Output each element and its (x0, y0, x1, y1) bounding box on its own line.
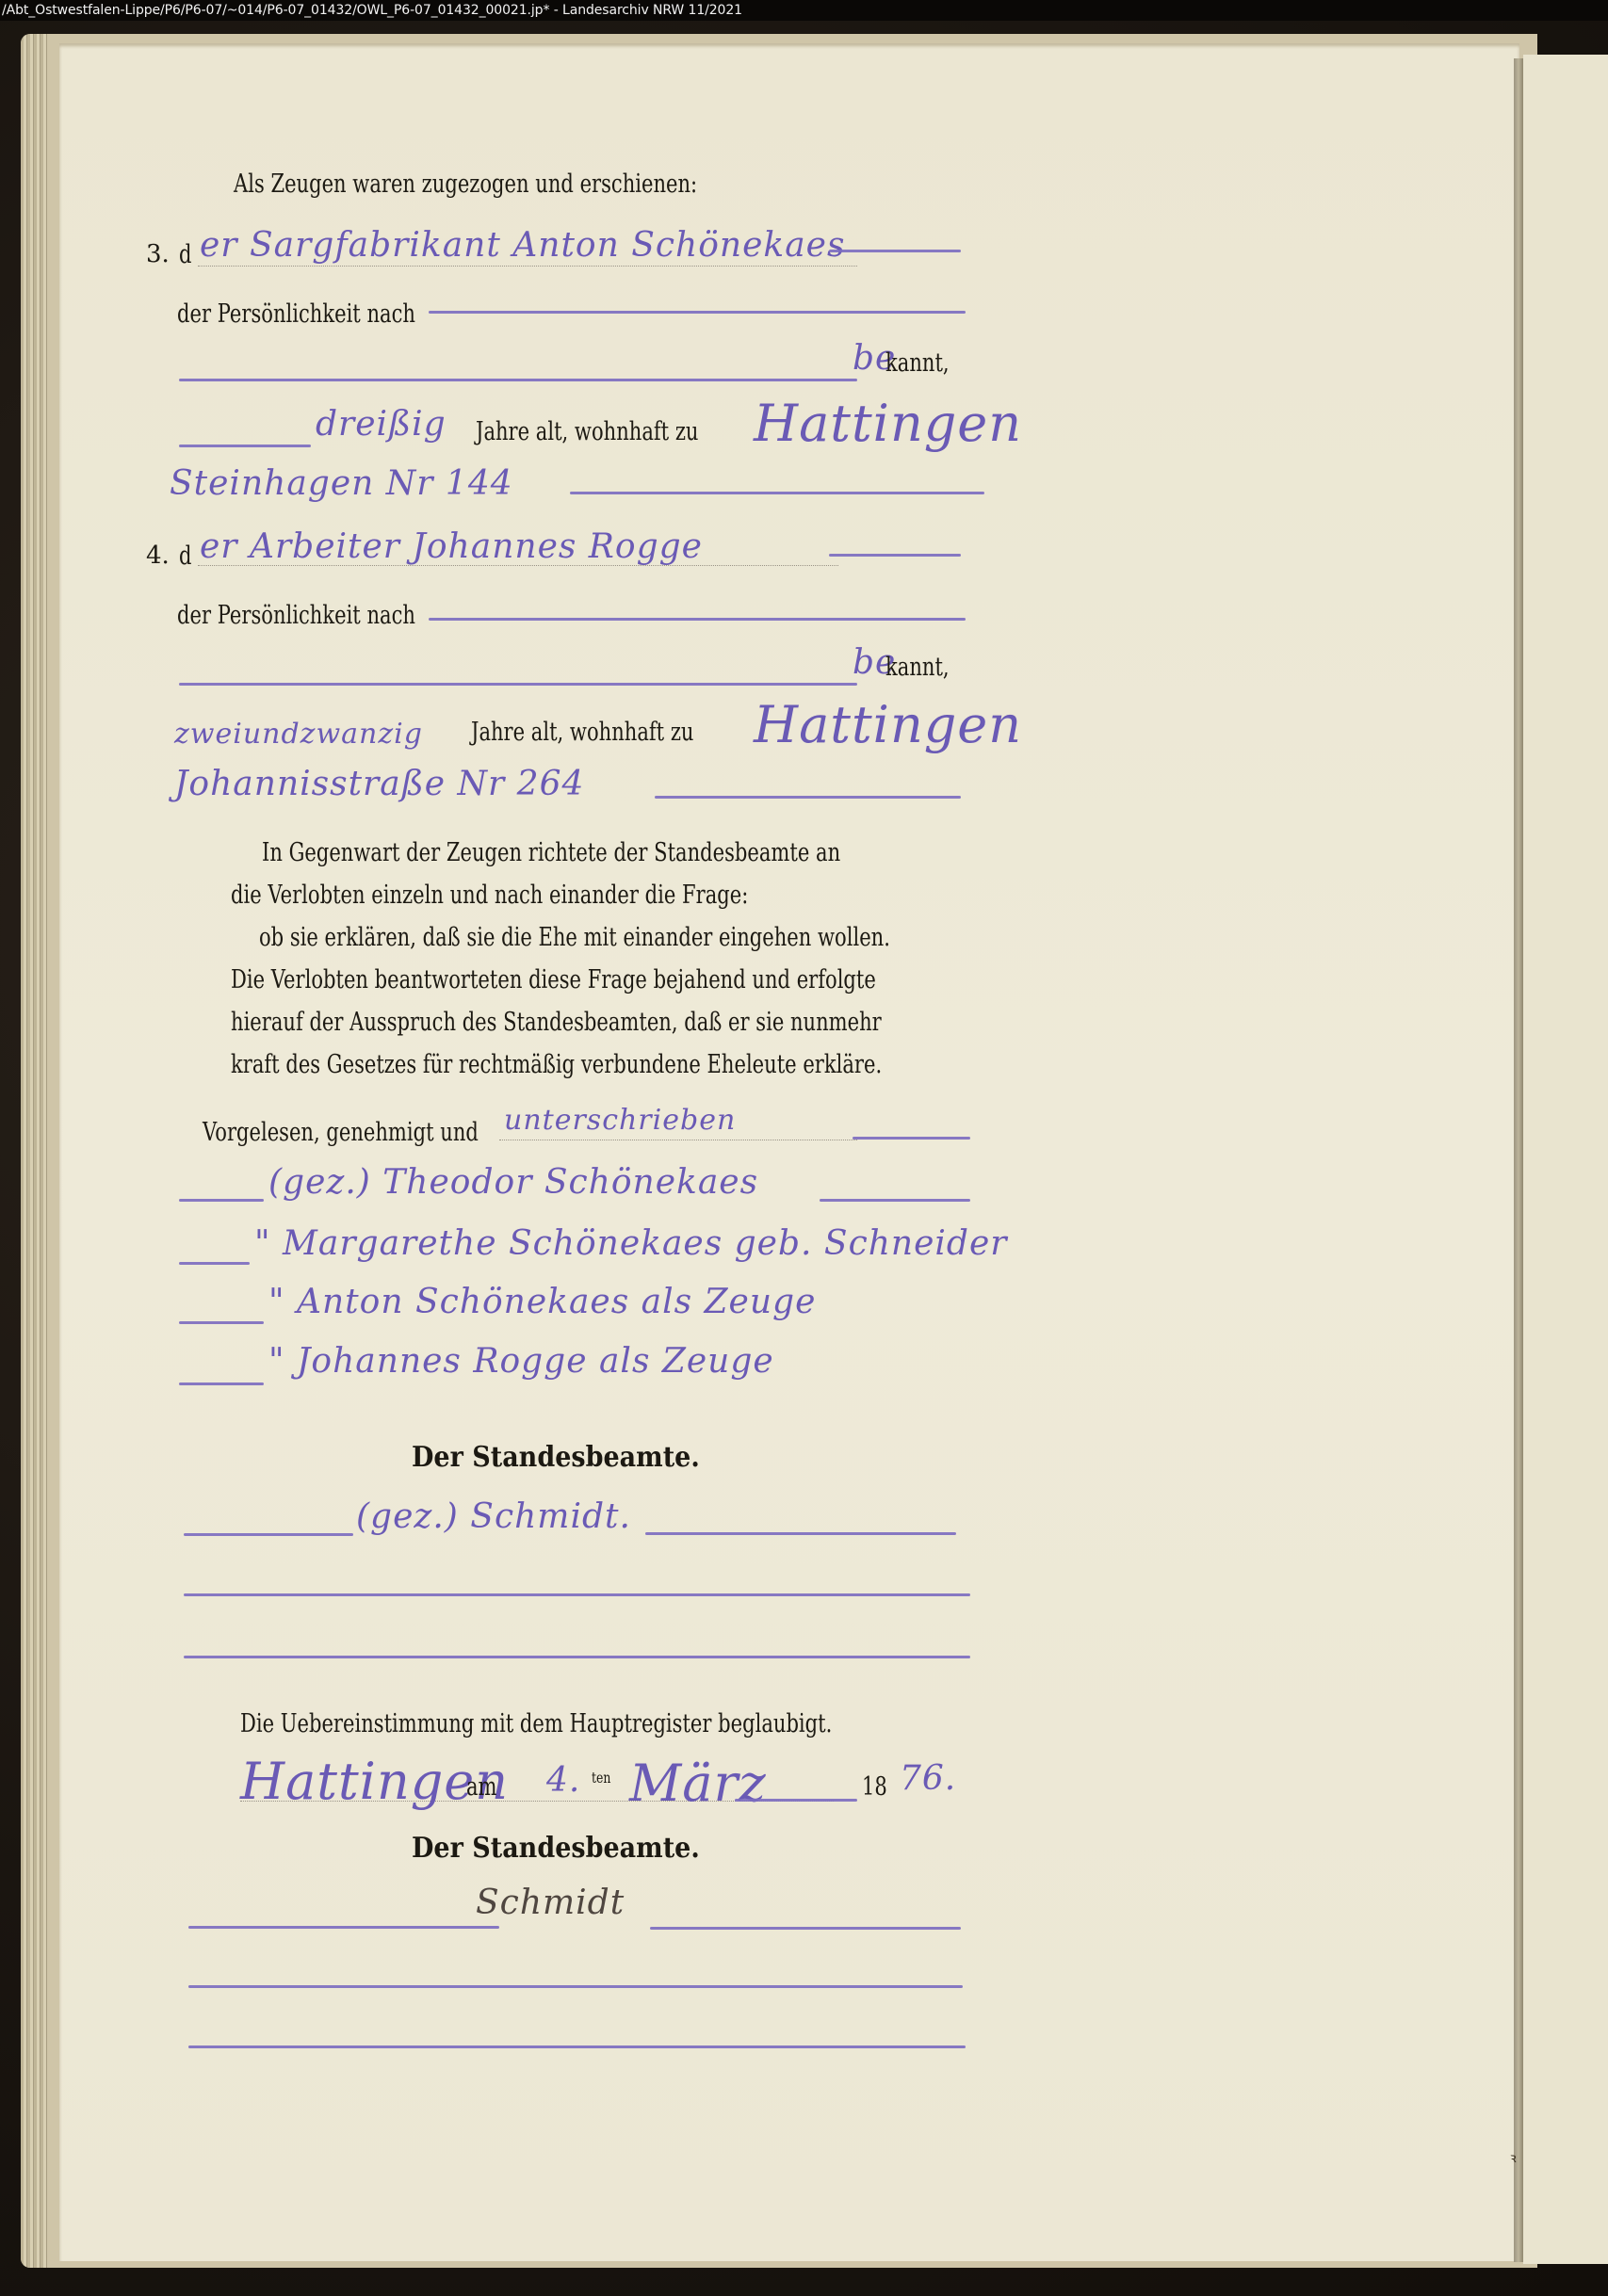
fill-line (179, 379, 857, 381)
witness-3-known-printed: kannt, (885, 348, 950, 378)
witness-4-residence: Hattingen (754, 695, 1022, 754)
signature-1: (gez.) Theodor Schönekaes (268, 1163, 758, 1202)
signature-4: " Johannes Rogge als Zeuge (268, 1342, 774, 1381)
fill-line (820, 1199, 970, 1202)
certification-month: März (629, 1754, 767, 1813)
fill-line (829, 250, 961, 252)
witnesses-heading: Als Zeugen waren zugezogen und erschiene… (234, 170, 697, 199)
witness-3-age-label: Jahre alt, wohnhaft zu (476, 417, 698, 446)
fill-line (179, 683, 857, 686)
witness-4-age-label: Jahre alt, wohnhaft zu (471, 718, 693, 747)
ceremony-line-2: die Verlobten einzeln und nach einander … (231, 881, 748, 910)
page-edges (21, 34, 47, 2268)
fill-line (735, 1799, 857, 1802)
ceremony-line-5: hierauf der Ausspruch des Standesbeamten… (231, 1008, 882, 1037)
certification-day: 4. (546, 1761, 580, 1800)
fill-line (829, 554, 961, 557)
ceremony-line-4: Die Verlobten beantworteten diese Frage … (231, 965, 876, 994)
read-approved-hand: unterschrieben (504, 1104, 736, 1137)
registrar-signature: (gez.) Schmidt. (356, 1497, 631, 1536)
fill-line (655, 796, 961, 799)
witness-4-age: zweiundzwanzig (174, 718, 423, 751)
book-gutter (1514, 58, 1523, 2262)
gutter-mark: ꝛ (1510, 2149, 1517, 2167)
dotted-line (499, 1140, 857, 1140)
signature-3: " Anton Schönekaes als Zeuge (268, 1283, 816, 1321)
next-page-edge (1523, 55, 1608, 2264)
certification-text: Die Uebereinstimmung mit dem Hauptregist… (240, 1709, 832, 1738)
witness-4-address: Johannisstraße Nr 264 (174, 765, 584, 803)
fill-line (188, 2045, 966, 2048)
ceremony-line-3: ob sie erklären, daß sie die Ehe mit ein… (259, 923, 890, 952)
fill-line (179, 1199, 264, 1202)
window-title-bar: /Abt_Ostwestfalen-Lippe/P6/P6-07/~014/P6… (0, 0, 1608, 21)
witness-4-name: er Arbeiter Johannes Rogge (200, 527, 703, 566)
certification-registrar-title: Der Standesbeamte. (412, 1832, 700, 1865)
ceremony-line-1: In Gegenwart der Zeugen richtete der Sta… (262, 838, 840, 867)
fill-line (179, 1321, 264, 1324)
witness-3-address: Steinhagen Nr 144 (170, 464, 513, 503)
read-approved-label: Vorgelesen, genehmigt und (203, 1118, 479, 1147)
fill-line (188, 1985, 963, 1988)
witness-3-name: er Sargfabrikant Anton Schönekaes (200, 226, 845, 265)
fill-line (853, 1137, 970, 1140)
fill-line (645, 1532, 956, 1535)
fill-line (184, 1593, 970, 1596)
witness-3-prefix: d (179, 240, 191, 269)
witness-3-identity-label: der Persönlichkeit nach (177, 299, 415, 329)
certification-year-printed: 18 (862, 1772, 887, 1802)
fill-line (429, 618, 966, 621)
witness-3-number: 3. (146, 240, 170, 268)
witness-3-residence: Hattingen (754, 394, 1022, 453)
witness-4-number: 4. (146, 542, 170, 570)
witness-3-age: dreißig (316, 405, 447, 444)
witness-4-known-printed: kannt, (885, 653, 950, 682)
fill-line (650, 1927, 961, 1930)
certification-am-label: am (466, 1772, 497, 1802)
registrar-title: Der Standesbeamte. (412, 1441, 700, 1474)
witness-4-identity-label: der Persönlichkeit nach (177, 601, 415, 630)
signature-2: " Margarethe Schönekaes geb. Schneider (254, 1224, 1007, 1263)
fill-line (570, 492, 984, 494)
certification-signature: Schmidt (476, 1884, 625, 1922)
witness-4-prefix: d (179, 542, 191, 571)
fill-line (188, 1926, 499, 1929)
fill-line (184, 1533, 353, 1536)
fill-line (179, 445, 311, 447)
ceremony-line-6: kraft des Gesetzes für rechtmäßig verbun… (231, 1050, 882, 1079)
fill-line (184, 1656, 970, 1658)
fill-line (179, 1262, 250, 1265)
certification-year-hand: 76. (900, 1759, 956, 1798)
fill-line (179, 1382, 264, 1385)
fill-line (429, 311, 966, 314)
certification-day-suffix: ten (592, 1769, 610, 1787)
dotted-line (198, 266, 857, 267)
